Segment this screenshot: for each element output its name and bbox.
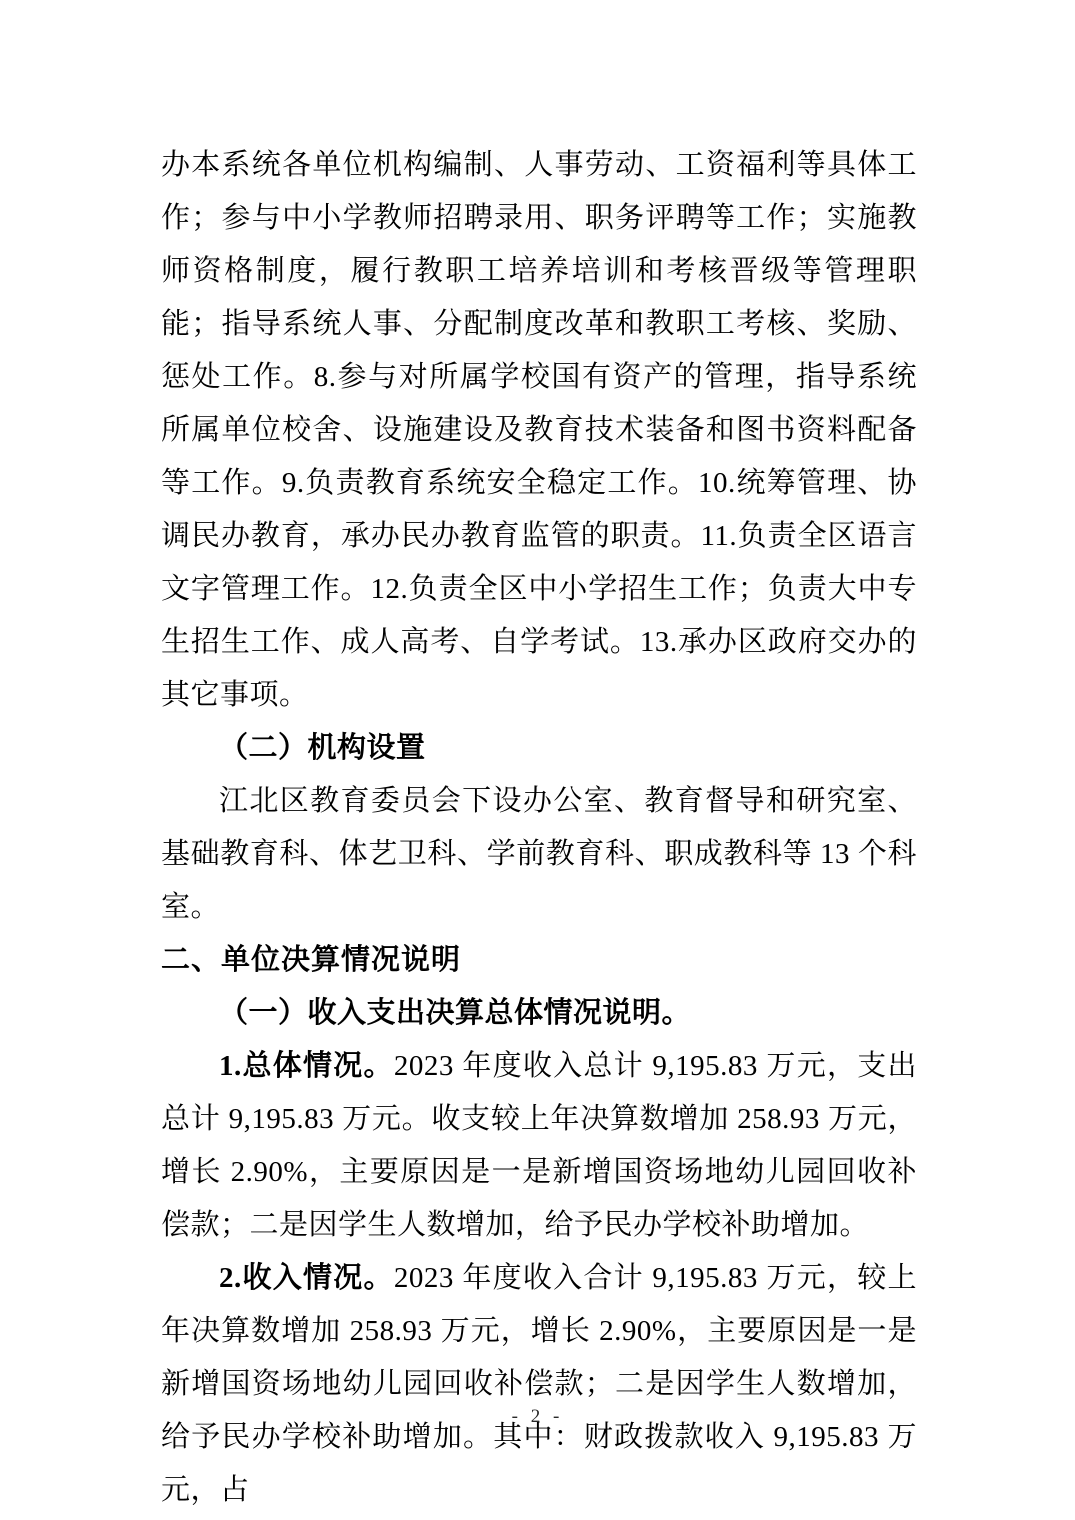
text-run: 二、单位决算情况说明: [161, 944, 461, 976]
page-number: - 2 -: [0, 1406, 1075, 1428]
text-run: （一）收入支出决算总体情况说明。: [219, 997, 691, 1029]
document-body: 办本系统各单位机构编制、人事劳动、工资福利等具体工作；参与中小学教师招聘录用、职…: [161, 139, 917, 1517]
paragraph-organization-setup: 江北区教育委员会下设办公室、教育督导和研究室、基础教育科、体艺卫科、学前教育科、…: [161, 775, 917, 934]
text-run: 1.总体情况。: [219, 1050, 394, 1082]
text-run: 江北区教育委员会下设办公室、教育督导和研究室、基础教育科、体艺卫科、学前教育科、…: [161, 785, 917, 923]
section-heading-final-accounts: 二、单位决算情况说明: [161, 934, 917, 987]
section-heading-organization-setup: （二）机构设置: [161, 722, 917, 775]
text-run: 2023 年度收入合计 9,195.83 万元，较上年决算数增加 258.93 …: [161, 1262, 917, 1506]
text-run: 2.收入情况。: [219, 1262, 394, 1294]
text-run: 办本系统各单位机构编制、人事劳动、工资福利等具体工作；参与中小学教师招聘录用、职…: [161, 149, 917, 711]
text-run: （二）机构设置: [219, 732, 426, 764]
section-heading-overall-income-expenditure: （一）收入支出决算总体情况说明。: [161, 987, 917, 1040]
document-page: 办本系统各单位机构编制、人事劳动、工资福利等具体工作；参与中小学教师招聘录用、职…: [0, 0, 1075, 1520]
paragraph-overall-situation: 1.总体情况。2023 年度收入总计 9,195.83 万元，支出总计 9,19…: [161, 1040, 917, 1252]
paragraph-duties-continuation: 办本系统各单位机构编制、人事劳动、工资福利等具体工作；参与中小学教师招聘录用、职…: [161, 139, 917, 722]
paragraph-income-situation: 2.收入情况。2023 年度收入合计 9,195.83 万元，较上年决算数增加 …: [161, 1252, 917, 1517]
